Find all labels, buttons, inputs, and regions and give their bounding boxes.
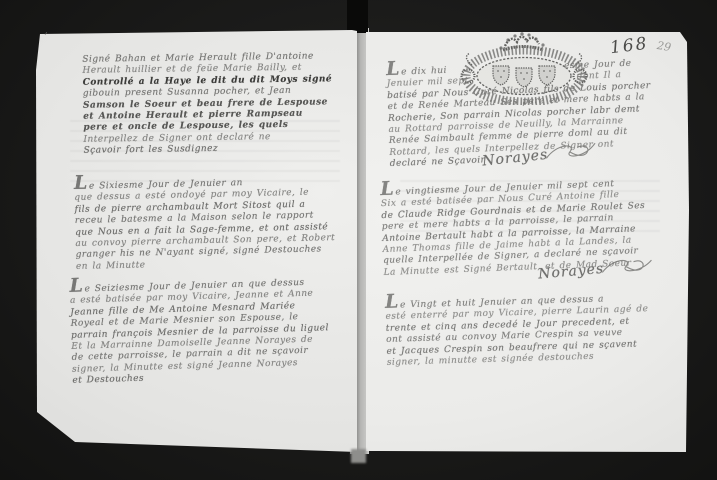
right-page-content: 168 29 Le dix hui esme Jour deJenuier mi… (366, 31, 689, 452)
page-number: 168 (609, 34, 650, 59)
register-entry: Le Sixiesme Jour de Jenuier anque dessus… (74, 176, 336, 273)
manuscript-scan: ʼ Signé Bahan et Marie Herault fille D'a… (0, 0, 717, 480)
signature-text: Norayes (482, 147, 549, 170)
register-entry: Signé Bahan et Marie Herault fille D'ant… (82, 51, 333, 157)
register-entry: Le Vingt et huit Jenuier an que dessus a… (385, 293, 650, 369)
corner-mark: 29 (656, 39, 672, 54)
left-page-content: ʼ Signé Bahan et Marie Herault fille D'a… (37, 29, 357, 453)
gutter-bottom-highlight (351, 449, 366, 463)
register-entry: Le Seiziesme Jour de Jenuier an que dess… (70, 277, 331, 387)
signature-swash-icon (599, 252, 655, 281)
signature-text: Norayes (538, 261, 605, 283)
pen-mark: ʼ (41, 30, 48, 43)
